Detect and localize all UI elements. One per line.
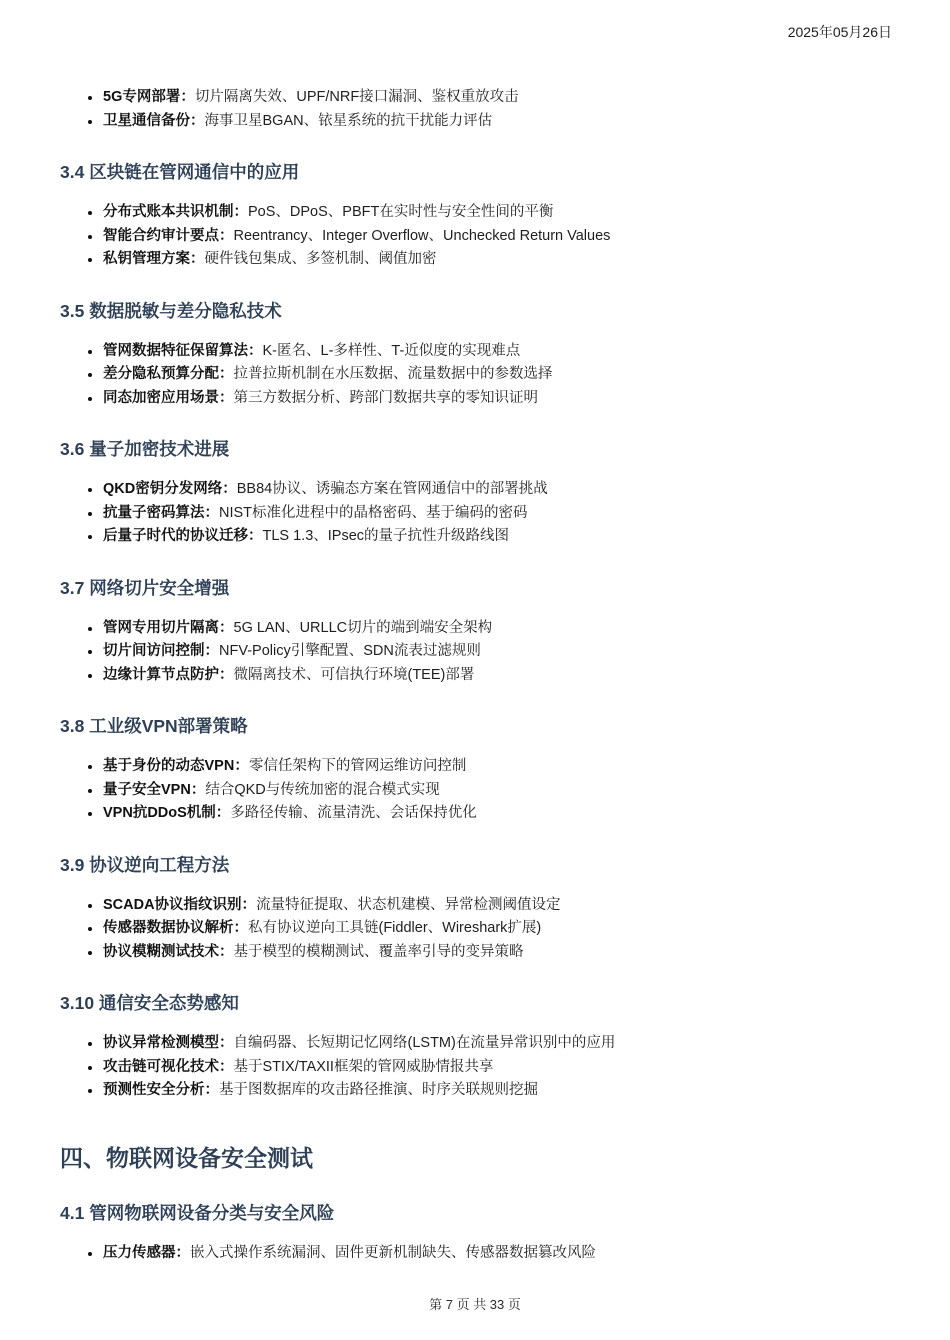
bullet-text: BB84协议、诱骗态方案在管网通信中的部署挑战	[237, 481, 548, 497]
bullet-item: 量子安全VPN：结合QKD与传统加密的混合模式实现	[103, 779, 890, 803]
section-3-10-title: 3.10 通信安全态势感知	[60, 991, 890, 1015]
bullet-item: 后量子时代的协议迁移：TLS 1.3、IPsec的量子抗性升级路线图	[103, 525, 890, 549]
document-content: 5G专网部署：切片隔离失效、UPF/NRF接口漏洞、鉴权重放攻击卫星通信备份：海…	[0, 0, 950, 1265]
section-3-8-list: 基于身份的动态VPN：零信任架构下的管网运维访问控制量子安全VPN：结合QKD与…	[60, 755, 890, 826]
bullet-dot-icon	[88, 488, 92, 492]
section-3-5-title: 3.5 数据脱敏与差分隐私技术	[60, 299, 890, 323]
section-3-4-title: 3.4 区块链在管网通信中的应用	[60, 160, 890, 184]
bullet-text: 零信任架构下的管网运维访问控制	[249, 758, 467, 774]
document-page: 2025年05月26日 5G专网部署：切片隔离失效、UPF/NRF接口漏洞、鉴权…	[0, 0, 950, 1340]
bullet-text: 拉普拉斯机制在水压数据、流量数据中的参数选择	[234, 366, 553, 382]
bullet-label: 后量子时代的协议迁移：	[103, 528, 263, 544]
bullet-item: 压力传感器：嵌入式操作系统漏洞、固件更新机制缺失、传感器数据篡改风险	[103, 1242, 890, 1266]
bullet-item: 传感器数据协议解析：私有协议逆向工具链(Fiddler、Wireshark扩展)	[103, 917, 890, 941]
bullet-dot-icon	[88, 650, 92, 654]
bullet-text: NFV-Policy引擎配置、SDN流表过滤规则	[219, 643, 481, 659]
bullet-text: NIST标准化进程中的晶格密码、基于编码的密码	[219, 505, 528, 521]
bullet-dot-icon	[88, 512, 92, 516]
bullet-item: QKD密钥分发网络：BB84协议、诱骗态方案在管网通信中的部署挑战	[103, 478, 890, 502]
bullet-text: 结合QKD与传统加密的混合模式实现	[205, 782, 439, 798]
bullet-text: Reentrancy、Integer Overflow、Unchecked Re…	[234, 228, 611, 244]
section-3-5-list: 管网数据特征保留算法：K-匿名、L-多样性、T-近似度的实现难点差分隐私预算分配…	[60, 340, 890, 411]
bullet-label: 抗量子密码算法：	[103, 505, 219, 521]
bullet-label: 协议模糊测试技术：	[103, 944, 234, 960]
bullet-label: 攻击链可视化技术：	[103, 1059, 234, 1075]
bullet-label: 卫星通信备份：	[103, 113, 205, 129]
bullet-label: 协议异常检测模型：	[103, 1035, 234, 1051]
bullet-text: 基于STIX/TAXII框架的管网威胁情报共享	[234, 1059, 494, 1075]
bullet-dot-icon	[88, 1089, 92, 1093]
bullet-text: 第三方数据分析、跨部门数据共享的零知识证明	[234, 390, 539, 406]
bullet-dot-icon	[88, 235, 92, 239]
bullet-text: 切片隔离失效、UPF/NRF接口漏洞、鉴权重放攻击	[195, 89, 519, 105]
bullet-dot-icon	[88, 927, 92, 931]
bullet-label: 同态加密应用场景：	[103, 390, 234, 406]
bullet-label: 管网专用切片隔离：	[103, 620, 234, 636]
bullet-dot-icon	[88, 96, 92, 100]
bullet-text: 自编码器、长短期记忆网络(LSTM)在流量异常识别中的应用	[234, 1035, 616, 1051]
bullet-dot-icon	[88, 373, 92, 377]
bullet-item: 基于身份的动态VPN：零信任架构下的管网运维访问控制	[103, 755, 890, 779]
section-3-4-list: 分布式账本共识机制：PoS、DPoS、PBFT在实时性与安全性间的平衡智能合约审…	[60, 201, 890, 272]
bullet-item: 管网专用切片隔离：5G LAN、URLLC切片的端到端安全架构	[103, 617, 890, 641]
bullet-label: 预测性安全分析：	[103, 1082, 219, 1098]
bullet-item: 攻击链可视化技术：基于STIX/TAXII框架的管网威胁情报共享	[103, 1056, 890, 1080]
section-3-6-title: 3.6 量子加密技术进展	[60, 437, 890, 461]
bullet-dot-icon	[88, 1042, 92, 1046]
bullet-text: 嵌入式操作系统漏洞、固件更新机制缺失、传感器数据篡改风险	[190, 1245, 596, 1261]
bullet-item: 切片间访问控制：NFV-Policy引擎配置、SDN流表过滤规则	[103, 640, 890, 664]
bullet-dot-icon	[88, 1252, 92, 1256]
bullet-dot-icon	[88, 535, 92, 539]
section-3-7-list: 管网专用切片隔离：5G LAN、URLLC切片的端到端安全架构切片间访问控制：N…	[60, 617, 890, 688]
section-3-9-title: 3.9 协议逆向工程方法	[60, 853, 890, 877]
bullet-item: 抗量子密码算法：NIST标准化进程中的晶格密码、基于编码的密码	[103, 502, 890, 526]
bullet-dot-icon	[88, 211, 92, 215]
bullet-text: 基于图数据库的攻击路径推演、时序关联规则挖掘	[219, 1082, 538, 1098]
bullet-dot-icon	[88, 258, 92, 262]
bullet-label: 私钥管理方案：	[103, 251, 205, 267]
bullet-dot-icon	[88, 812, 92, 816]
bullet-label: 基于身份的动态VPN：	[103, 758, 249, 774]
bullet-item: 分布式账本共识机制：PoS、DPoS、PBFT在实时性与安全性间的平衡	[103, 201, 890, 225]
bullet-text: K-匿名、L-多样性、T-近似度的实现难点	[263, 343, 521, 359]
chapter-4-title: 四、物联网设备安全测试	[60, 1142, 890, 1174]
bullet-dot-icon	[88, 1066, 92, 1070]
bullet-label: 智能合约审计要点：	[103, 228, 234, 244]
bullet-text: 海事卫星BGAN、铱星系统的抗干扰能力评估	[205, 113, 493, 129]
bullet-item: 同态加密应用场景：第三方数据分析、跨部门数据共享的零知识证明	[103, 387, 890, 411]
bullet-item: 协议模糊测试技术：基于模型的模糊测试、覆盖率引导的变异策略	[103, 941, 890, 965]
bullet-dot-icon	[88, 674, 92, 678]
bullet-item: 预测性安全分析：基于图数据库的攻击路径推演、时序关联规则挖掘	[103, 1079, 890, 1103]
section-4-1-list: 压力传感器：嵌入式操作系统漏洞、固件更新机制缺失、传感器数据篡改风险	[60, 1242, 890, 1266]
bullet-dot-icon	[88, 397, 92, 401]
bullet-dot-icon	[88, 120, 92, 124]
bullet-label: 切片间访问控制：	[103, 643, 219, 659]
bullet-item: 差分隐私预算分配：拉普拉斯机制在水压数据、流量数据中的参数选择	[103, 363, 890, 387]
section-3-10-list: 协议异常检测模型：自编码器、长短期记忆网络(LSTM)在流量异常识别中的应用攻击…	[60, 1032, 890, 1103]
section-3-7-title: 3.7 网络切片安全增强	[60, 576, 890, 600]
bullet-label: VPN抗DDoS机制：	[103, 805, 230, 821]
bullet-label: 管网数据特征保留算法：	[103, 343, 263, 359]
bullet-item: 卫星通信备份：海事卫星BGAN、铱星系统的抗干扰能力评估	[103, 110, 890, 134]
bullet-dot-icon	[88, 627, 92, 631]
bullet-item: 管网数据特征保留算法：K-匿名、L-多样性、T-近似度的实现难点	[103, 340, 890, 364]
bullet-item: 智能合约审计要点：Reentrancy、Integer Overflow、Unc…	[103, 225, 890, 249]
bullet-label: 量子安全VPN：	[103, 782, 205, 798]
bullet-label: SCADA协议指纹识别：	[103, 897, 256, 913]
bullet-label: 差分隐私预算分配：	[103, 366, 234, 382]
bullet-label: 传感器数据协议解析：	[103, 920, 248, 936]
bullet-item: 5G专网部署：切片隔离失效、UPF/NRF接口漏洞、鉴权重放攻击	[103, 86, 890, 110]
document-date: 2025年05月26日	[788, 22, 892, 42]
bullet-dot-icon	[88, 904, 92, 908]
bullet-label: 分布式账本共识机制：	[103, 204, 248, 220]
bullet-text: 硬件钱包集成、多签机制、阈值加密	[205, 251, 437, 267]
bullet-dot-icon	[88, 765, 92, 769]
bullet-item: 私钥管理方案：硬件钱包集成、多签机制、阈值加密	[103, 248, 890, 272]
bullet-text: TLS 1.3、IPsec的量子抗性升级路线图	[263, 528, 510, 544]
bullet-item: 协议异常检测模型：自编码器、长短期记忆网络(LSTM)在流量异常识别中的应用	[103, 1032, 890, 1056]
bullet-item: SCADA协议指纹识别：流量特征提取、状态机建模、异常检测阈值设定	[103, 894, 890, 918]
bullet-text: 私有协议逆向工具链(Fiddler、Wireshark扩展)	[248, 920, 541, 936]
bullet-dot-icon	[88, 350, 92, 354]
bullet-label: QKD密钥分发网络：	[103, 481, 237, 497]
bullet-text: 流量特征提取、状态机建模、异常检测阈值设定	[256, 897, 561, 913]
bullet-text: PoS、DPoS、PBFT在实时性与安全性间的平衡	[248, 204, 553, 220]
section-3-8-title: 3.8 工业级VPN部署策略	[60, 714, 890, 738]
page-number-footer: 第 7 页 共 33 页	[0, 1294, 950, 1313]
bullet-dot-icon	[88, 951, 92, 955]
bullet-text: 基于模型的模糊测试、覆盖率引导的变异策略	[234, 944, 524, 960]
bullet-item: 边缘计算节点防护：微隔离技术、可信执行环境(TEE)部署	[103, 664, 890, 688]
bullet-item: VPN抗DDoS机制：多路径传输、流量清洗、会话保持优化	[103, 802, 890, 826]
bullet-text: 5G LAN、URLLC切片的端到端安全架构	[234, 620, 493, 636]
carryover-list-list: 5G专网部署：切片隔离失效、UPF/NRF接口漏洞、鉴权重放攻击卫星通信备份：海…	[60, 86, 890, 133]
section-4-1-title: 4.1 管网物联网设备分类与安全风险	[60, 1201, 890, 1225]
bullet-label: 5G专网部署：	[103, 89, 195, 105]
bullet-label: 边缘计算节点防护：	[103, 667, 234, 683]
section-3-6-list: QKD密钥分发网络：BB84协议、诱骗态方案在管网通信中的部署挑战抗量子密码算法…	[60, 478, 890, 549]
section-3-9-list: SCADA协议指纹识别：流量特征提取、状态机建模、异常检测阈值设定传感器数据协议…	[60, 894, 890, 965]
bullet-dot-icon	[88, 789, 92, 793]
bullet-label: 压力传感器：	[103, 1245, 190, 1261]
bullet-text: 多路径传输、流量清洗、会话保持优化	[230, 805, 477, 821]
bullet-text: 微隔离技术、可信执行环境(TEE)部署	[234, 667, 475, 683]
